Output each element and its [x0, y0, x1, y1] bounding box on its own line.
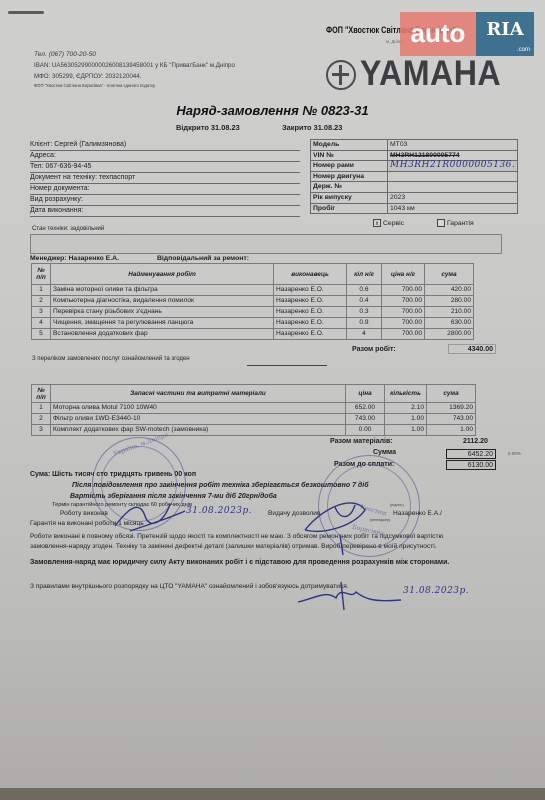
mileage-label: Пробіг: [311, 203, 388, 214]
works-header-sum: сума: [425, 264, 474, 285]
parts-header-price: ціна: [346, 385, 385, 403]
parts-cell-name: Комплект додаткових фар SW-motech (замов…: [51, 425, 346, 436]
agreement-text: З переліком замовлених послуг ознайомлен…: [32, 356, 190, 362]
parts-cell-n: 2: [32, 414, 51, 425]
parts-cell-price: 652.00: [346, 403, 385, 414]
frame-label: Номер рами: [311, 161, 388, 172]
parts-table: № п/п Запасні частини та витратні матері…: [31, 384, 476, 436]
frame-value-handwritten: MH3RH21R0000005136.: [390, 160, 515, 170]
works-total-label: Разом робіт:: [352, 346, 396, 353]
works-cell-sum: 280.00: [425, 296, 474, 307]
works-table: № п/п Найменування робіт виконавець кіл …: [31, 263, 474, 340]
parts-header-sum: сума: [427, 385, 476, 403]
mileage-value: 1043 км: [388, 203, 518, 214]
works-header-price: ціна н/г: [382, 264, 425, 285]
parts-cell-sum: 1369.20: [427, 403, 476, 414]
to-pay-value: 6130.00: [446, 460, 496, 470]
vehicle-condition: Стан техніки: задовільний: [32, 226, 104, 232]
works-row: 1Заміна моторної оливи та фільтраНазарен…: [32, 285, 474, 296]
final-date-handwritten: 31.08.2023р.: [403, 586, 469, 596]
works-cell-hours: 0.9: [347, 318, 382, 329]
opened-date: Відкрито 31.08.23: [176, 123, 240, 132]
signature-client-icon: [296, 580, 406, 610]
parts-header-row: № п/п Запасні частини та витратні матері…: [32, 385, 476, 403]
company-phone: Тел. (067) 700-20-50: [34, 51, 96, 58]
works-header-executor: виконавець: [274, 264, 347, 285]
performed-date-handwritten: 31.08.2023р.: [186, 506, 252, 516]
works-cell-n: 3: [32, 307, 51, 318]
parts-cell-price: 0.00: [346, 425, 385, 436]
works-cell-n: 5: [32, 329, 51, 340]
works-row: 3Перевірка стану різьбових з'єднаньНазар…: [32, 307, 474, 318]
works-cell-price: 700.00: [382, 318, 425, 329]
engine-value: [388, 171, 518, 182]
works-cell-name: Перевірка стану різьбових з'єднань: [51, 307, 274, 318]
works-header-hours: кіл н/г: [347, 264, 382, 285]
vin-value: MH3RH121800005774: [390, 152, 460, 159]
works-cell-sum: 630.00: [425, 318, 474, 329]
works-cell-hours: 0.6: [347, 285, 382, 296]
works-row: 2Компьютерна діагностіка, видалення поми…: [32, 296, 474, 307]
works-cell-name: Чищення, змащення та регулювання ланцюга: [51, 318, 274, 329]
notes-box: [30, 234, 502, 254]
responsible-label: Відповідальний за ремонт:: [157, 255, 249, 262]
works-cell-price: 700.00: [382, 307, 425, 318]
document-title: Наряд-замовлення № 0823-31: [0, 103, 545, 118]
watermark-ria-suffix: .com: [517, 46, 530, 54]
watermark-ria: RIA .com: [476, 12, 534, 56]
parts-header-qty: кількість: [385, 385, 427, 403]
works-cell-sum: 210.00: [425, 307, 474, 318]
works-header-row: № п/п Найменування робіт виконавець кіл …: [32, 264, 474, 285]
year-value: 2023: [388, 192, 518, 203]
works-cell-executor: Назаренко Е.О.: [274, 329, 347, 340]
parts-header-name: Запасні частини та витратні матеріали: [51, 385, 346, 403]
works-cell-n: 1: [32, 285, 51, 296]
parts-cell-qty: 1.00: [385, 425, 427, 436]
works-cell-price: 700.00: [382, 285, 425, 296]
discount-percent: 5.00%: [508, 451, 521, 456]
vehicle-row-model: МодельMT03: [311, 140, 518, 151]
works-cell-hours: 4: [347, 329, 382, 340]
vehicle-row-plate: Держ. №: [311, 182, 518, 193]
works-header-index: № п/п: [32, 264, 51, 285]
model-label: Модель: [311, 140, 388, 151]
parts-cell-n: 3: [32, 425, 51, 436]
parts-row: 2Фільтр оливи 1WD-E3440-10743.001.00743.…: [32, 414, 476, 425]
document-page: Тел. (067) 700-20-50 IBAN: UA56305299000…: [0, 0, 545, 792]
vehicle-row-engine: Номер двигуна: [311, 171, 518, 182]
signature-performer-icon: [110, 496, 190, 536]
closed-date: Закрито 31.08.23: [282, 123, 342, 132]
works-row: 5Встановлення додаткових фарНазаренко Е.…: [32, 329, 474, 340]
service-checkbox[interactable]: x: [373, 219, 381, 227]
watermark-auto: auto: [400, 12, 476, 56]
plate-value: [388, 182, 518, 193]
works-cell-name: Компьютерна діагностіка, видалення помил…: [51, 296, 274, 307]
parts-cell-qty: 2.10: [385, 403, 427, 414]
parts-cell-n: 1: [32, 403, 51, 414]
service-label: Сервіс: [383, 220, 404, 227]
table-surface: [0, 788, 545, 800]
company-iban: IBAN: UA563052990000026008139458001 у КБ…: [34, 62, 235, 69]
watermark-ria-text: RIA: [486, 19, 523, 40]
year-label: Рік випуску: [311, 192, 388, 203]
works-cell-n: 2: [32, 296, 51, 307]
vehicle-row-mileage: Пробіг1043 км: [311, 203, 518, 214]
parts-cell-qty: 1.00: [385, 414, 427, 425]
vehicle-info-table: МодельMT03 VIN №MH3RH121800005774 Номер …: [310, 139, 518, 214]
works-cell-n: 4: [32, 318, 51, 329]
parts-total-label: Разом матеріалів:: [330, 438, 393, 445]
parts-cell-sum: 743.00: [427, 414, 476, 425]
works-cell-executor: Назаренко Е.О.: [274, 285, 347, 296]
works-row: 4Чищення, змащення та регулювання ланцюг…: [32, 318, 474, 329]
warranty-checkbox-group[interactable]: Гарантія: [437, 219, 474, 227]
service-checkbox-group[interactable]: x Сервіс: [373, 219, 404, 227]
parts-row: 1Моторна олива Motul 7100 10W40652.002.1…: [32, 403, 476, 414]
engine-label: Номер двигуна: [311, 171, 388, 182]
parts-cell-name: Фільтр оливи 1WD-E3440-10: [51, 414, 346, 425]
signature-manager-icon: [295, 495, 385, 540]
parts-header-index: № п/п: [32, 385, 51, 403]
company-tax-note: ФОП "Хвостюк Світлана Борисівна" - платн…: [34, 83, 155, 88]
vehicle-row-vin: VIN №MH3RH121800005774: [311, 150, 518, 161]
parts-total-value: 2112.20: [463, 438, 488, 445]
parts-cell-name: Моторна олива Motul 7100 10W40: [51, 403, 346, 414]
agreement-signature-line: [247, 365, 327, 366]
works-cell-hours: 0.4: [347, 296, 382, 307]
works-cell-executor: Назаренко Е.О.: [274, 307, 347, 318]
works-cell-price: 700.00: [382, 329, 425, 340]
works-cell-executor: Назаренко Е.О.: [274, 296, 347, 307]
brand-logo: YAMAHA: [360, 54, 501, 94]
vehicle-row-year: Рік випуску2023: [311, 192, 518, 203]
legal-force-paragraph: Замовлення-наряд має юридичну силу Акту …: [30, 558, 470, 568]
works-cell-name: Заміна моторної оливи та фільтра: [51, 285, 274, 296]
model-value: MT03: [388, 140, 518, 151]
works-cell-name: Встановлення додаткових фар: [51, 329, 274, 340]
works-header-name: Найменування робіт: [51, 264, 274, 285]
plate-label: Держ. №: [311, 182, 388, 193]
manager-name: Менеджер: Назаренко Е.А.: [30, 255, 119, 262]
works-cell-price: 700.00: [382, 296, 425, 307]
works-cell-sum: 420.00: [425, 285, 474, 296]
works-cell-sum: 2800.00: [425, 329, 474, 340]
works-cell-executor: Назаренко Е.О.: [274, 318, 347, 329]
completion-date-field: Дата виконання:: [30, 205, 300, 217]
works-cell-hours: 0.3: [347, 307, 382, 318]
vin-label: VIN №: [311, 150, 388, 161]
warranty-label: Гарантія: [447, 220, 474, 227]
staple: [8, 11, 44, 14]
company-mfo: МФО: 305299, ЄДРПОУ: 2032120044.: [34, 73, 141, 80]
vehicle-row-frame: Номер рамиMH3RH21R0000005136.: [311, 161, 518, 172]
autoria-watermark: auto RIA .com: [400, 12, 534, 56]
yamaha-emblem-icon: [326, 60, 356, 90]
parts-cell-sum: 1.00: [427, 425, 476, 436]
parts-cell-price: 743.00: [346, 414, 385, 425]
works-total-value: 4340.00: [448, 344, 496, 354]
sum-value: 6452.20: [446, 449, 496, 459]
warranty-checkbox[interactable]: [437, 219, 445, 227]
parts-row: 3Комплект додаткових фар SW-motech (замо…: [32, 425, 476, 436]
